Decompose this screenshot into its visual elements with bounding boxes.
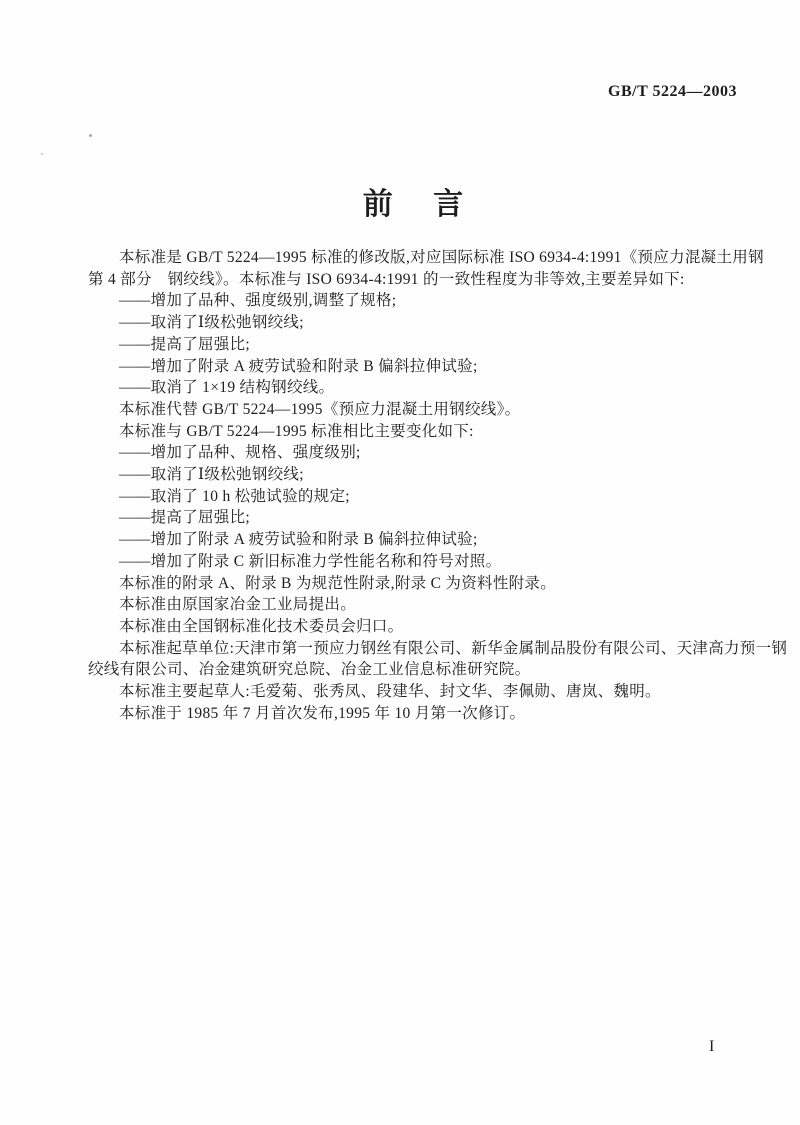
body-line: ——增加了品种、强度级别,调整了规格; bbox=[88, 290, 753, 312]
body-line: 本标准起草单位:天津市第一预应力钢丝有限公司、新华金属制品股份有限公司、天津高力… bbox=[88, 638, 753, 660]
page-title: 前言 bbox=[88, 179, 738, 223]
document-body: 本标准是 GB/T 5224—1995 标准的修改版,对应国际标准 ISO 69… bbox=[88, 247, 753, 724]
body-line: ——增加了品种、规格、强度级别; bbox=[88, 442, 753, 464]
body-line: ——增加了附录 C 新旧标准力学性能名称和符号对照。 bbox=[88, 551, 753, 573]
body-line: 本标准的附录 A、附录 B 为规范性附录,附录 C 为资料性附录。 bbox=[88, 573, 753, 595]
body-line: 本标准于 1985 年 7 月首次发布,1995 年 10 月第一次修订。 bbox=[88, 703, 753, 725]
scanned-document-page: GB/T 5224—2003 前言 本标准是 GB/T 5224—1995 标准… bbox=[0, 0, 800, 1125]
scan-artifact bbox=[89, 134, 92, 137]
body-line: ——取消了Ⅰ级松弛钢绞线; bbox=[88, 464, 753, 486]
body-line: 本标准与 GB/T 5224—1995 标准相比主要变化如下: bbox=[88, 421, 753, 443]
body-line: 本标准是 GB/T 5224—1995 标准的修改版,对应国际标准 ISO 69… bbox=[88, 247, 753, 269]
body-line: ——增加了附录 A 疲劳试验和附录 B 偏斜拉伸试验; bbox=[88, 529, 753, 551]
body-line: ——取消了Ⅰ级松弛钢绞线; bbox=[88, 312, 753, 334]
body-line: ——提高了屈强比; bbox=[88, 334, 753, 356]
body-line: ——取消了 1×19 结构钢绞线。 bbox=[88, 377, 753, 399]
body-line: 本标准代替 GB/T 5224—1995《预应力混凝土用钢绞线》。 bbox=[88, 399, 753, 421]
body-line: ——提高了屈强比; bbox=[88, 507, 753, 529]
standard-number: GB/T 5224—2003 bbox=[608, 83, 737, 101]
body-line: ——取消了 10 h 松弛试验的规定; bbox=[88, 486, 753, 508]
body-line: 本标准由全国钢标准化技术委员会归口。 bbox=[88, 616, 753, 638]
body-line: 第 4 部分 钢绞线》。本标准与 ISO 6934-4:1991 的一致性程度为… bbox=[88, 269, 753, 291]
body-line: 本标准由原国家冶金工业局提出。 bbox=[88, 594, 753, 616]
body-line: ——增加了附录 A 疲劳试验和附录 B 偏斜拉伸试验; bbox=[88, 356, 753, 378]
body-line: 本标准主要起草人:毛爱菊、张秀凤、段建华、封文华、李佩勋、唐岚、魏明。 bbox=[88, 681, 753, 703]
scan-artifact bbox=[41, 153, 43, 155]
body-line: 绞线有限公司、冶金建筑研究总院、冶金工业信息标准研究院。 bbox=[88, 659, 753, 681]
page-number: I bbox=[709, 1038, 714, 1056]
